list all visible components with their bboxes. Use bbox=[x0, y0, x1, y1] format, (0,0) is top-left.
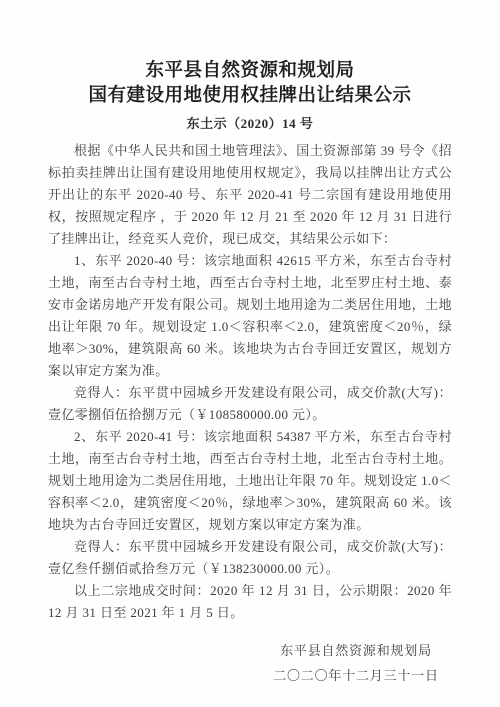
document-page: 东平县自然资源和规划局 国有建设用地使用权挂牌出让结果公示 东土示（2020）1… bbox=[0, 0, 500, 707]
paragraph-deal-time-publicity-period: 以上二宗地成交时间：2020 年 12 月 31 日，公示期限：2020 年 1… bbox=[48, 580, 452, 624]
paragraph-parcel-2020-40: 1、东平 2020-40 号：该宗地面积 42615 平方米，东至古台寺村土地，… bbox=[48, 250, 452, 382]
document-title-line-1: 东平县自然资源和规划局 bbox=[48, 57, 452, 82]
paragraph-bidder-2020-41: 竞得人：东平贯中园城乡开发建设有限公司，成交价款(大写)：壹亿叁仟捌佰贰拾叁万元… bbox=[48, 536, 452, 580]
document-number: 东土示（2020）14 号 bbox=[48, 115, 452, 133]
paragraph-bidder-2020-40: 竞得人：东平贯中园城乡开发建设有限公司，成交价款(大写)：壹亿零捌佰伍拾捌万元（… bbox=[48, 382, 452, 426]
signature-organization: 东平县自然资源和规划局 bbox=[266, 638, 446, 663]
paragraph-parcel-2020-41: 2、东平 2020-41 号：该宗地面积 54387 平方米，东至古台寺村土地，… bbox=[48, 426, 452, 536]
paragraph-intro: 根据《中华人民共和国土地管理法》、国土资源部第 39 号令《招标拍卖挂牌出让国有… bbox=[48, 140, 452, 250]
document-body: 根据《中华人民共和国土地管理法》、国土资源部第 39 号令《招标拍卖挂牌出让国有… bbox=[48, 140, 452, 624]
signature-date: 二〇二〇年十二月三十一日 bbox=[266, 663, 446, 688]
signature-block: 东平县自然资源和规划局 二〇二〇年十二月三十一日 bbox=[266, 638, 446, 688]
document-title-line-2: 国有建设用地使用权挂牌出让结果公示 bbox=[48, 82, 452, 107]
